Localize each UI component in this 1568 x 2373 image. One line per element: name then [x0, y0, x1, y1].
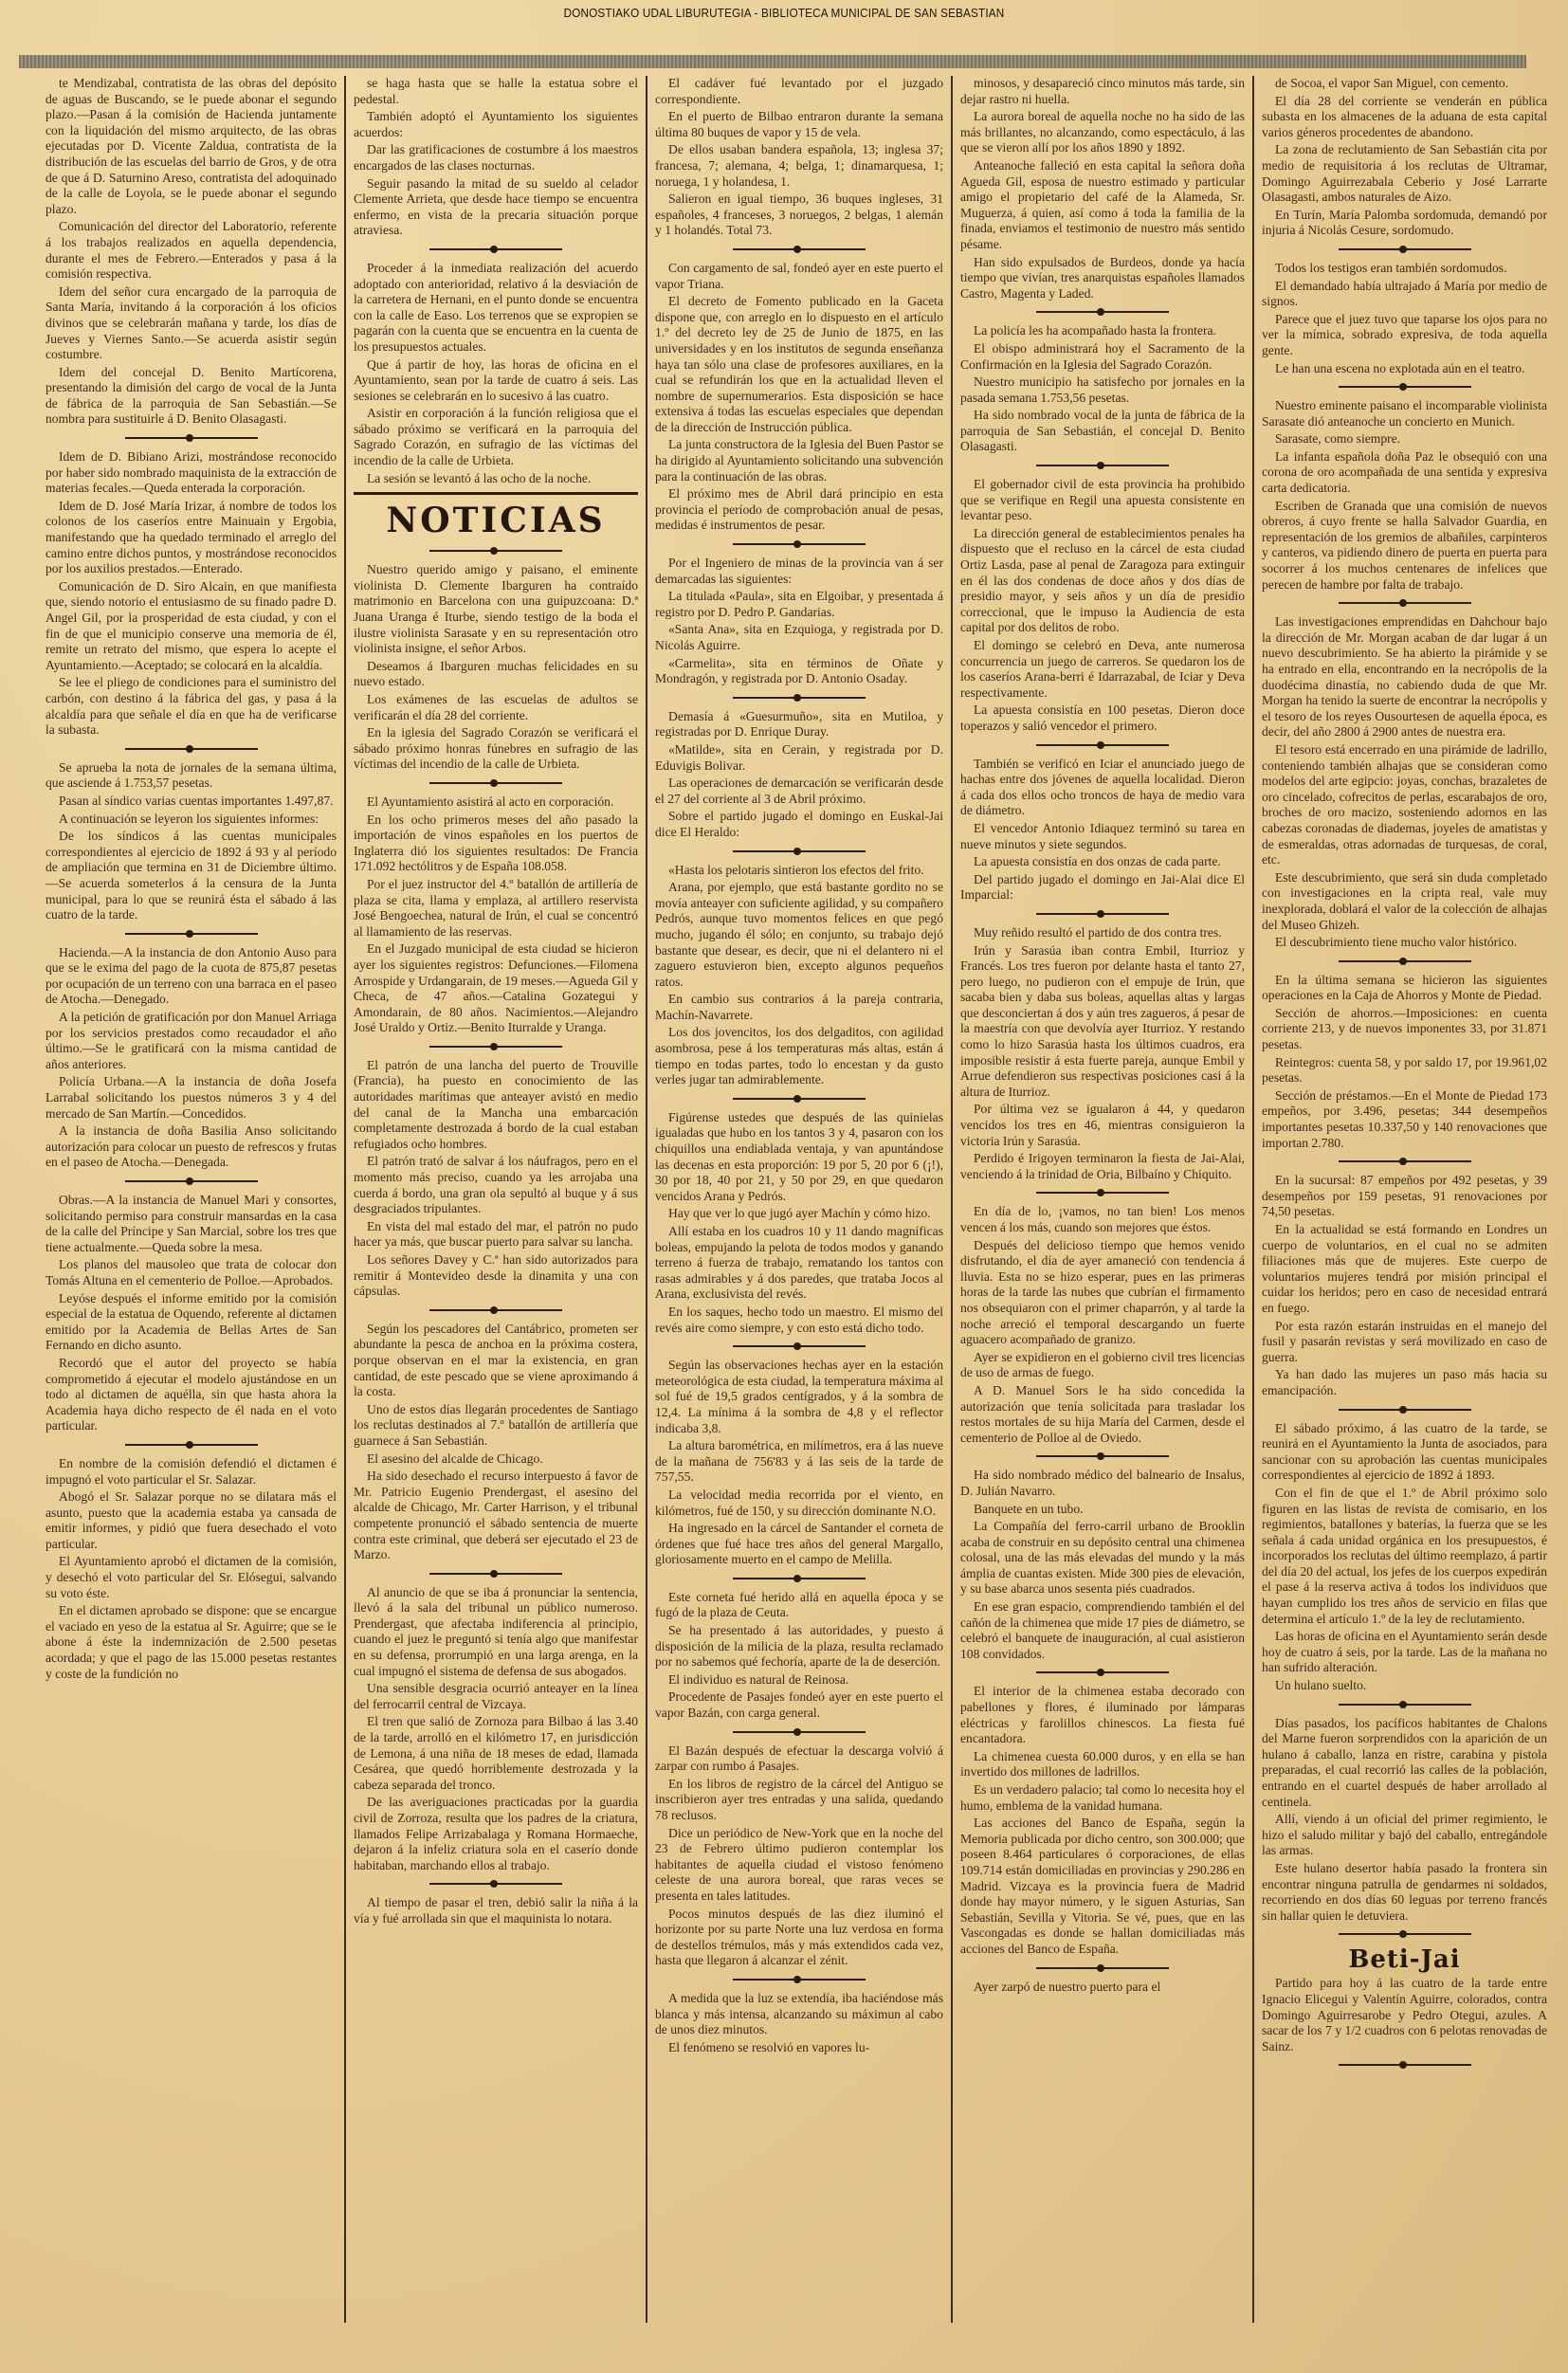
- article-paragraph: En vista del mal estado del mar, el patr…: [354, 1219, 638, 1250]
- article-paragraph: Idem de D. José María Irizar, á nombre d…: [46, 499, 337, 577]
- ornament-divider: [1036, 1963, 1169, 1972]
- article-paragraph: Recordó que el autor del proyecto se hab…: [46, 1356, 337, 1434]
- article-paragraph: En nombre de la comisión defendió el dic…: [46, 1456, 337, 1488]
- article-paragraph: Ayer zarpó de nuestro puerto para el: [960, 1980, 1245, 1996]
- article-paragraph: Después del delicioso tiempo que hemos v…: [960, 1238, 1245, 1348]
- article-paragraph: Los planos del mausoleo que trata de col…: [46, 1257, 337, 1288]
- article-paragraph: Uno de estos días llegarán procedentes d…: [354, 1402, 638, 1450]
- article-paragraph: Deseamos á Ibarguren muchas felicidades …: [354, 659, 638, 690]
- ornament-divider: [429, 778, 562, 787]
- section-title-noticias: NOTICIAS: [354, 501, 638, 540]
- article-paragraph: Nuestro municipio ha satisfecho por jorn…: [960, 374, 1245, 406]
- article-paragraph: La sesión se levantó á las ocho de la no…: [354, 471, 638, 487]
- article-paragraph: Un hulano suelto.: [1262, 1678, 1547, 1694]
- article-paragraph: En los libros de registro de la cárcel d…: [655, 1777, 943, 1824]
- article-paragraph: También adoptó el Ayuntamiento los sigui…: [354, 109, 638, 140]
- archive-header: DONOSTIAKO UDAL LIBURUTEGIA - BIBLIOTECA…: [79, 6, 1490, 20]
- article-paragraph: El domingo se celebró en Deva, ante nume…: [960, 638, 1245, 701]
- article-paragraph: La apuesta consistía en dos onzas de cad…: [960, 854, 1245, 870]
- article-paragraph: Abogó el Sr. Salazar porque no se dilata…: [46, 1489, 337, 1552]
- article-paragraph: También se verificó en Iciar el anunciad…: [960, 757, 1245, 819]
- article-paragraph: El patrón trató de salvar á los náufrago…: [354, 1154, 638, 1216]
- section-rule: [354, 492, 638, 495]
- article-paragraph: En la sucursal: 87 empeños por 492 peset…: [1262, 1173, 1547, 1220]
- column-4: minosos, y desapareció cinco minutos más…: [953, 76, 1254, 2323]
- ornament-divider: [429, 1305, 562, 1314]
- article-paragraph: El Ayuntamiento aprobó el dictamen de la…: [46, 1554, 337, 1601]
- ornament-divider: [429, 245, 562, 253]
- article-paragraph: Pasan al síndico varias cuentas importan…: [46, 794, 337, 810]
- article-paragraph: El demandado había ultrajado á María por…: [1262, 279, 1547, 310]
- article-paragraph: Se lee el pliego de condiciones para el …: [46, 675, 337, 738]
- ornament-divider: [1036, 1451, 1169, 1460]
- article-paragraph: Ha ingresado en la cárcel de Santander e…: [655, 1521, 943, 1568]
- article-paragraph: Le han una escena no explotada aún en el…: [1262, 361, 1547, 377]
- article-paragraph: Al anuncio de que se iba á pronunciar la…: [354, 1585, 638, 1680]
- article-paragraph: La chimenea cuesta 60.000 duros, y en el…: [960, 1749, 1245, 1780]
- article-paragraph: En la actualidad se está formando en Lon…: [1262, 1222, 1547, 1317]
- article-paragraph: En el Juzgado municipal de esta ciudad s…: [354, 941, 638, 1036]
- ornament-divider: [733, 1975, 866, 1983]
- ornament-divider: [125, 433, 258, 442]
- article-paragraph: De las averiguaciones practicadas por la…: [354, 1795, 638, 1873]
- ornament-divider: [733, 1727, 866, 1736]
- article-paragraph: Idem del señor cura encargado de la parr…: [46, 284, 337, 363]
- article-paragraph: El interior de la chimenea estaba decora…: [960, 1684, 1245, 1746]
- article-paragraph: El individuo es natural de Reinosa.: [655, 1672, 943, 1688]
- ornament-divider: [1036, 740, 1169, 749]
- article-paragraph: En el dictamen aprobado se dispone: que …: [46, 1603, 337, 1682]
- column-2-bottom: Nuestro querido amigo y paisano, el emin…: [354, 562, 638, 1926]
- article-paragraph: El fenómeno se resolvió en vapores lu-: [655, 2040, 943, 2056]
- article-paragraph: de Socoa, el vapor San Miguel, con cemen…: [1262, 76, 1547, 92]
- ornament-divider: [1036, 307, 1169, 316]
- ornament-divider: [1036, 461, 1169, 469]
- ornament-divider: [1339, 2060, 1471, 2069]
- article-paragraph: El Ayuntamiento asistirá al acto en corp…: [354, 794, 638, 811]
- article-paragraph: Arana, por ejemplo, que está bastante go…: [655, 880, 943, 990]
- article-paragraph: Reintegros: cuenta 58, y por saldo 17, p…: [1262, 1055, 1547, 1086]
- ornament-divider: [1339, 1929, 1471, 1938]
- ornament-divider: [125, 1440, 258, 1449]
- article-paragraph: Todos los testigos eran también sordomud…: [1262, 261, 1547, 277]
- article-paragraph: Al tiempo de pasar el tren, debió salir …: [354, 1895, 638, 1926]
- ornament-divider: [429, 1569, 562, 1578]
- article-paragraph: Los dos jovencitos, los dos delgaditos, …: [655, 1025, 943, 1087]
- article-paragraph: En la última semana se hicieron las sigu…: [1262, 973, 1547, 1004]
- ornament-divider: [733, 1574, 866, 1582]
- article-paragraph: Leyóse después el informe emitido por la…: [46, 1291, 337, 1354]
- article-paragraph: En cambio sus contrarios á la pareja con…: [655, 992, 943, 1023]
- article-paragraph: A la instancia de doña Basilia Anso soli…: [46, 1123, 337, 1171]
- article-paragraph: El vencedor Antonio Idiaquez terminó su …: [960, 821, 1245, 852]
- ornament-divider: [1339, 245, 1471, 253]
- article-paragraph: La infanta española doña Paz le obsequió…: [1262, 449, 1547, 497]
- article-paragraph: «Carmelita», sita en términos de Oñate y…: [655, 656, 943, 687]
- article-paragraph: La titulada «Paula», sita en Elgoibar, y…: [655, 589, 943, 620]
- article-paragraph: Nuestro eminente paisano el incomparable…: [1262, 398, 1547, 429]
- ornament-divider: [1339, 382, 1471, 391]
- article-paragraph: En Turín, María Palomba sordomuda, deman…: [1262, 208, 1547, 239]
- ornament-divider: [733, 245, 866, 253]
- article-paragraph: Según los pescadores del Cantábrico, pro…: [354, 1322, 638, 1400]
- article-paragraph: Idem del concejal D. Benito Martícorena,…: [46, 365, 337, 428]
- article-paragraph: La altura barométrica, en milímetros, er…: [655, 1438, 943, 1486]
- article-paragraph: El próximo mes de Abril dará principio e…: [655, 486, 943, 534]
- article-paragraph: Proceder á la inmediata realización del …: [354, 261, 638, 356]
- article-paragraph: Comunicación de D. Siro Alcain, en que m…: [46, 579, 337, 674]
- article-paragraph: Perdido é Irigoyen terminaron la fiesta …: [960, 1151, 1245, 1182]
- article-paragraph: A D. Manuel Sors le ha sido concedida la…: [960, 1383, 1245, 1446]
- article-paragraph: El asesino del alcalde de Chicago.: [354, 1451, 638, 1468]
- article-paragraph: Hacienda.—A la instancia de don Antonio …: [46, 945, 337, 1008]
- article-paragraph: Ya han dado las mujeres un paso más haci…: [1262, 1367, 1547, 1398]
- article-paragraph: Nuestro querido amigo y paisano, el emin…: [354, 562, 638, 657]
- article-paragraph: La apuesta consistía en 100 pesetas. Die…: [960, 703, 1245, 734]
- article-paragraph: Una sensible desgracia ocurrió anteayer …: [354, 1681, 638, 1712]
- ornament-divider: [1339, 1405, 1471, 1414]
- article-paragraph: La zona de reclutamiento de San Sebastiá…: [1262, 142, 1547, 205]
- ornament-divider: [429, 546, 562, 555]
- article-paragraph: Ha sido desechado el recurso interpuesto…: [354, 1469, 638, 1563]
- column-5-bottom: Partido para hoy á las cuatro de la tard…: [1262, 1976, 1547, 2054]
- article-paragraph: Del partido jugado el domingo en Jai-Ala…: [960, 872, 1245, 904]
- article-paragraph: Allí, viendo á un oficial del primer reg…: [1262, 1812, 1547, 1859]
- article-paragraph: Sección de ahorros.—Imposiciones: en cue…: [1262, 1006, 1547, 1053]
- ornament-divider: [1339, 957, 1471, 965]
- article-paragraph: Este corneta fué herido allá en aquella …: [655, 1590, 943, 1621]
- article-paragraph: Obras.—A la instancia de Manuel Mari y c…: [46, 1193, 337, 1255]
- article-paragraph: Seguir pasando la mitad de su sueldo al …: [354, 176, 638, 239]
- ornament-divider: [429, 1042, 562, 1050]
- article-paragraph: Asistir en corporación á la función reli…: [354, 406, 638, 468]
- article-paragraph: Las investigaciones emprendidas en Dahch…: [1262, 614, 1547, 740]
- article-paragraph: Las acciones del Banco de España, según …: [960, 1816, 1245, 1957]
- article-paragraph: Se aprueba la nota de jornales de la sem…: [46, 760, 337, 792]
- ornament-divider: [1339, 1700, 1471, 1708]
- column-5-top: de Socoa, el vapor San Miguel, con cemen…: [1262, 76, 1547, 1924]
- ornament-divider: [125, 1177, 258, 1185]
- article-paragraph: «Matilde», sita en Cerain, y registrada …: [655, 742, 943, 774]
- ornament-divider: [125, 744, 258, 753]
- article-paragraph: La velocidad media recorrida por el vien…: [655, 1488, 943, 1519]
- ornament-divider: [733, 847, 866, 855]
- article-paragraph: Este hulano desertor había pasado la fro…: [1262, 1861, 1547, 1924]
- column-2-top: se haga hasta que se halle la estatua so…: [354, 76, 638, 486]
- article-paragraph: El descubrimiento tiene mucho valor hist…: [1262, 935, 1547, 951]
- ornament-divider: [429, 1879, 562, 1888]
- article-paragraph: Por el Ingeniero de minas de la provinci…: [655, 556, 943, 587]
- article-paragraph: Ha sido nombrado vocal de la junta de fá…: [960, 408, 1245, 455]
- ornament-divider: [1036, 909, 1169, 918]
- article-paragraph: El día 28 del corriente se venderán en p…: [1262, 94, 1547, 141]
- article-paragraph: Por el juez instructor del 4.º batallón …: [354, 877, 638, 940]
- article-paragraph: En la iglesia del Sagrado Corazón se ver…: [354, 725, 638, 773]
- article-paragraph: El sábado próximo, á las cuatro de la ta…: [1262, 1421, 1547, 1484]
- article-paragraph: Con el fin de que el 1.º de Abril próxim…: [1262, 1486, 1547, 1627]
- article-paragraph: En ese gran espacio, comprendiendo tambi…: [960, 1599, 1245, 1662]
- article-paragraph: Días pasados, los pacíficos habitantes d…: [1262, 1716, 1547, 1811]
- masthead-rule: [19, 55, 1526, 68]
- article-paragraph: El decreto de Fomento publicado en la Ga…: [655, 294, 943, 435]
- column-3: El cadáver fué levantado por el juzgado …: [647, 76, 953, 2323]
- article-paragraph: Según las observaciones hechas ayer en l…: [655, 1358, 943, 1436]
- article-paragraph: Es un verdadero palacio; tal como lo nec…: [960, 1782, 1245, 1814]
- section-title-beti-jai: Beti-Jai: [1262, 1945, 1547, 1974]
- ornament-divider: [733, 693, 866, 702]
- article-paragraph: Este descubrimiento, que será sin duda c…: [1262, 870, 1547, 933]
- article-paragraph: La policía les ha acompañado hasta la fr…: [960, 323, 1245, 339]
- article-paragraph: Dar las gratificaciones de costumbre á l…: [354, 142, 638, 173]
- article-paragraph: A continuación se leyeron los siguientes…: [46, 812, 337, 828]
- article-paragraph: Idem de D. Bibiano Arizi, mostrándose re…: [46, 449, 337, 497]
- article-paragraph: Figúrense ustedes que después de las qui…: [655, 1110, 943, 1205]
- article-paragraph: La Compañía del ferro-carril urbano de B…: [960, 1519, 1245, 1597]
- article-paragraph: De ellos usaban bandera española, 13; in…: [655, 142, 943, 190]
- article-paragraph: Que á partir de hoy, las horas de oficin…: [354, 357, 638, 405]
- article-paragraph: Sarasate, como siempre.: [1262, 431, 1547, 447]
- article-paragraph: El tesoro está encerrado en una pirámide…: [1262, 742, 1547, 868]
- article-paragraph: Han sido expulsados de Burdeos, donde ya…: [960, 255, 1245, 302]
- newspaper-columns: te Mendizabal, contratista de las obras …: [38, 76, 1555, 2323]
- article-paragraph: El tren que salió de Zornoza para Bilbao…: [354, 1714, 638, 1793]
- article-paragraph: se haga hasta que se halle la estatua so…: [354, 76, 638, 107]
- ornament-divider: [733, 1094, 866, 1103]
- article-paragraph: Allí estaba en los cuadros 10 y 11 dando…: [655, 1224, 943, 1303]
- article-paragraph: La junta constructora de la Iglesia del …: [655, 437, 943, 484]
- article-paragraph: Dice un periódico de New-York que en la …: [655, 1826, 943, 1905]
- article-paragraph: El Bazán después de efectuar la descarga…: [655, 1743, 943, 1775]
- article-paragraph: La aurora boreal de aquella noche no ha …: [960, 109, 1245, 156]
- article-paragraph: En el puerto de Bilbao entraron durante …: [655, 109, 943, 140]
- ornament-divider: [1036, 1188, 1169, 1196]
- ornament-divider: [125, 929, 258, 938]
- article-paragraph: Policía Urbana.—A la instancia de doña J…: [46, 1074, 337, 1122]
- article-paragraph: Escriben de Granada que una comisión de …: [1262, 499, 1547, 593]
- article-paragraph: El gobernador civil de esta provincia ha…: [960, 477, 1245, 524]
- article-paragraph: El obispo administrará hoy el Sacramento…: [960, 341, 1245, 373]
- ornament-divider: [1339, 1157, 1471, 1165]
- column-2: se haga hasta que se halle la estatua so…: [346, 76, 647, 2323]
- article-paragraph: Se ha presentado á las autoridades, y pu…: [655, 1623, 943, 1670]
- column-1: te Mendizabal, contratista de las obras …: [38, 76, 346, 2323]
- article-paragraph: Las horas de oficina en el Ayuntamiento …: [1262, 1629, 1547, 1676]
- article-paragraph: Con cargamento de sal, fondeó ayer en es…: [655, 261, 943, 292]
- article-paragraph: Las operaciones de demarcación se verifi…: [655, 776, 943, 807]
- article-paragraph: En los ocho primeros meses del año pasad…: [354, 812, 638, 875]
- article-paragraph: Hay que ver lo que jugó ayer Machín y có…: [655, 1206, 943, 1222]
- article-paragraph: Banquete en un tubo.: [960, 1502, 1245, 1518]
- article-paragraph: Sección de préstamos.—En el Monte de Pie…: [1262, 1088, 1547, 1151]
- article-paragraph: Salieron en igual tiempo, 36 buques ingl…: [655, 192, 943, 239]
- article-paragraph: Por esta razón estarán instruidas en el …: [1262, 1319, 1547, 1366]
- article-paragraph: «Santa Ana», sita en Ezquioga, y registr…: [655, 622, 943, 653]
- ornament-divider: [733, 1342, 866, 1350]
- article-paragraph: El cadáver fué levantado por el juzgado …: [655, 76, 943, 107]
- article-paragraph: Procedente de Pasajes fondeó ayer en est…: [655, 1689, 943, 1721]
- article-paragraph: Anteanoche falleció en esta capital la s…: [960, 158, 1245, 253]
- article-paragraph: Pocos minutos después de las diez ilumin…: [655, 1907, 943, 1969]
- article-paragraph: Irún y Sarasúa iban contra Embil, Iturri…: [960, 943, 1245, 1101]
- article-paragraph: Parece que el juez tuvo que taparse los …: [1262, 312, 1547, 359]
- article-paragraph: Demasía á «Guesurmuño», sita en Mutiloa,…: [655, 709, 943, 740]
- article-paragraph: Muy reñido resultó el partido de dos con…: [960, 925, 1245, 941]
- column-5: de Socoa, el vapor San Miguel, con cemen…: [1254, 76, 1555, 2323]
- ornament-divider: [733, 539, 866, 548]
- ornament-divider: [1036, 1668, 1169, 1676]
- article-paragraph: De los síndicos á las cuentas municipale…: [46, 829, 337, 923]
- article-paragraph: Comunicación del director del Laboratori…: [46, 219, 337, 282]
- article-paragraph: Por última vez se igualaron á 44, y qued…: [960, 1102, 1245, 1149]
- article-paragraph: En día de lo, ¡vamos, no tan bien! Los m…: [960, 1204, 1245, 1235]
- article-paragraph: minosos, y desapareció cinco minutos más…: [960, 76, 1245, 107]
- article-paragraph: Los exámenes de las escuelas de adultos …: [354, 692, 638, 723]
- article-paragraph: En los saques, hecho todo un maestro. El…: [655, 1305, 943, 1336]
- article-paragraph: te Mendizabal, contratista de las obras …: [46, 76, 337, 217]
- article-paragraph: Los señores Davey y C.ª han sido autoriz…: [354, 1252, 638, 1300]
- article-paragraph: A la petición de gratificación por don M…: [46, 1010, 337, 1072]
- article-paragraph: A medida que la luz se extendía, iba hac…: [655, 1991, 943, 2038]
- article-paragraph: Ayer se expidieron en el gobierno civil …: [960, 1350, 1245, 1381]
- article-paragraph: «Hasta los pelotaris sintieron los efect…: [655, 863, 943, 879]
- article-paragraph: Partido para hoy á las cuatro de la tard…: [1262, 1976, 1547, 2054]
- article-paragraph: La dirección general de establecimientos…: [960, 526, 1245, 636]
- article-paragraph: El patrón de una lancha del puerto de Tr…: [354, 1058, 638, 1153]
- article-paragraph: Ha sido nombrado médico del balneario de…: [960, 1468, 1245, 1499]
- article-paragraph: Sobre el partido jugado el domingo en Eu…: [655, 809, 943, 840]
- ornament-divider: [1339, 598, 1471, 607]
